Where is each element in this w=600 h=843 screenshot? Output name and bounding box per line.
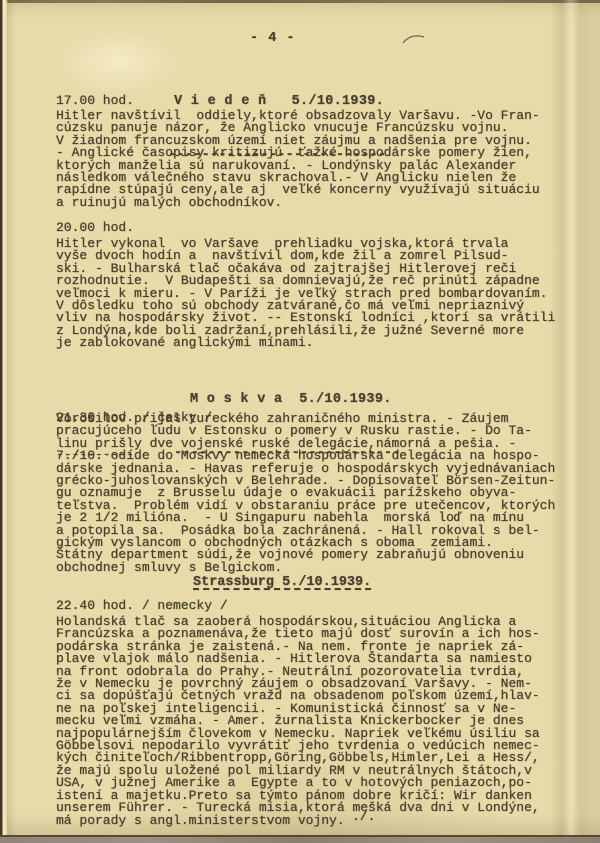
scan-edge-bottom (0, 835, 600, 843)
entry-time-2240: 22.40 hod. / nemecky / (56, 600, 228, 612)
document-page: - 4 - V i e d e ň 5./10.1939. ----------… (0, 0, 600, 843)
page-number: - 4 - (250, 33, 296, 45)
pen-mark (402, 32, 426, 46)
scan-edge-left (0, 0, 8, 843)
entry-paragraph-2130: Vorošilov prijal tureckého zahraničného … (56, 413, 555, 574)
entry-paragraph-2000: Hitler vykonal vo Varšave prehliadku voj… (56, 238, 555, 350)
entry-time-1700: 17.00 hod. (56, 95, 134, 107)
entry-paragraph-2240: Holandská tlač sa zaoberá hospodárskou,s… (56, 616, 540, 827)
paper-fold-line (550, 0, 594, 843)
scan-edge-top (0, 0, 600, 3)
entry-time-2000: 20.00 hod. (56, 222, 134, 234)
section-heading-moscow-title: M o s k v a 5./10.1939. (190, 391, 401, 409)
entry-paragraph-1700: Hitler navštívil oddiely,ktoré obsadzova… (56, 110, 540, 209)
section-heading-strassburg: Strassburg 5./10.1939. (193, 577, 377, 589)
end-mark: ./. (352, 811, 375, 823)
